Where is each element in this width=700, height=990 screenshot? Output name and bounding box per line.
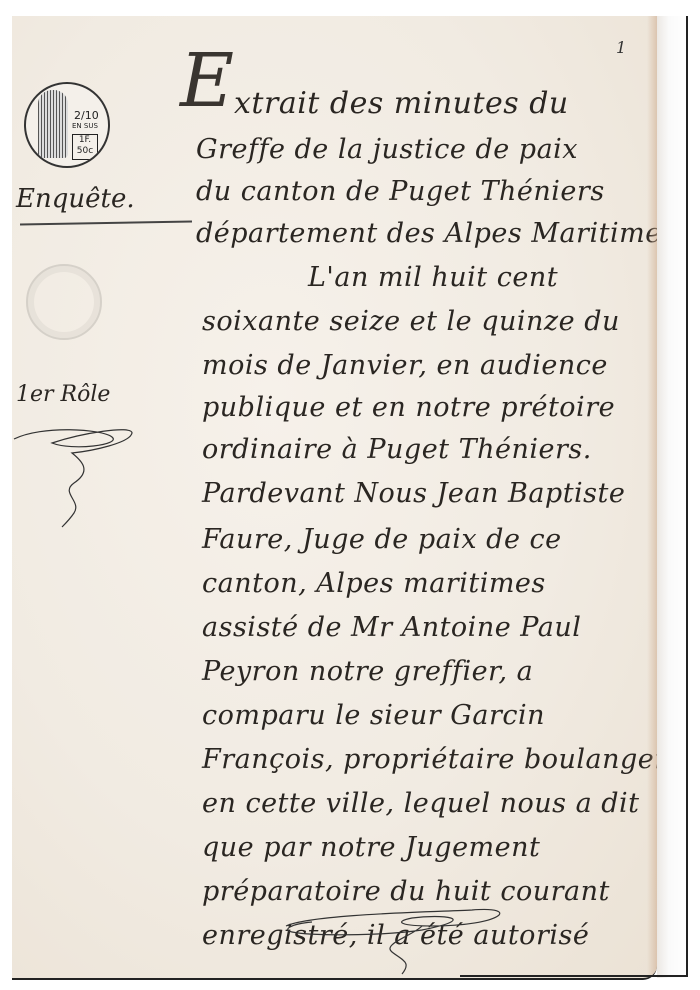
document-page: 1 2/10 EN SUS 1F. 50c Enquête. 1er Rôle … [12,16,657,980]
text-line-10: Faure, Juge de paix de ce [202,524,562,555]
text-line-14: comparu le sieur Garcin [202,700,545,731]
text-line-7: publique et en notre prétoire [202,392,615,423]
fiscal-stamp: 2/10 EN SUS 1F. 50c [24,82,110,168]
heading-title: xtrait des minutes du [234,86,569,121]
page-edge-shadow [657,16,687,978]
stamp-value-box: 1F. 50c [72,134,98,160]
text-line-2: du canton de Puget Théniers [196,176,605,207]
margin-note: 1er Rôle [16,382,110,407]
embossed-seal [26,264,102,340]
text-line-13: Peyron notre greffier, a [202,656,533,687]
text-line-15: François, propriétaire boulanger [202,744,657,775]
closing-flourish-icon [282,896,542,976]
stamp-centimes: 50c [73,146,97,157]
heading-initial: E [180,38,234,124]
page-bottom-line [460,975,688,977]
text-line-1: Greffe de la justice de paix [196,134,578,165]
text-line-11: canton, Alpes maritimes [202,568,546,599]
text-line-12: assisté de Mr Antoine Paul [202,612,581,643]
margin-heading: Enquête. [16,184,135,214]
margin-underline [20,220,192,225]
margin-flourish-icon [12,421,152,531]
stamp-surcharge-note: EN SUS [72,122,98,130]
text-line-8: ordinaire à Puget Théniers. [202,434,592,465]
page-number: 1 [616,38,627,57]
justice-figure-icon [38,90,68,158]
text-line-4: L'an mil huit cent [308,262,558,293]
text-line-16: en cette ville, lequel nous a dit [202,788,640,819]
stamp-francs: 1F. [73,135,97,146]
page-edge-line [686,16,688,976]
stamp-surcharge: 2/10 [74,110,99,121]
text-line-6: mois de Janvier, en audience [202,350,608,381]
text-line-9: Pardevant Nous Jean Baptiste [202,478,625,509]
text-line-3: département des Alpes Maritimes. [196,218,657,249]
text-line-17: que par notre Jugement [202,832,540,863]
text-line-5: soixante seize et le quinze du [202,306,620,337]
